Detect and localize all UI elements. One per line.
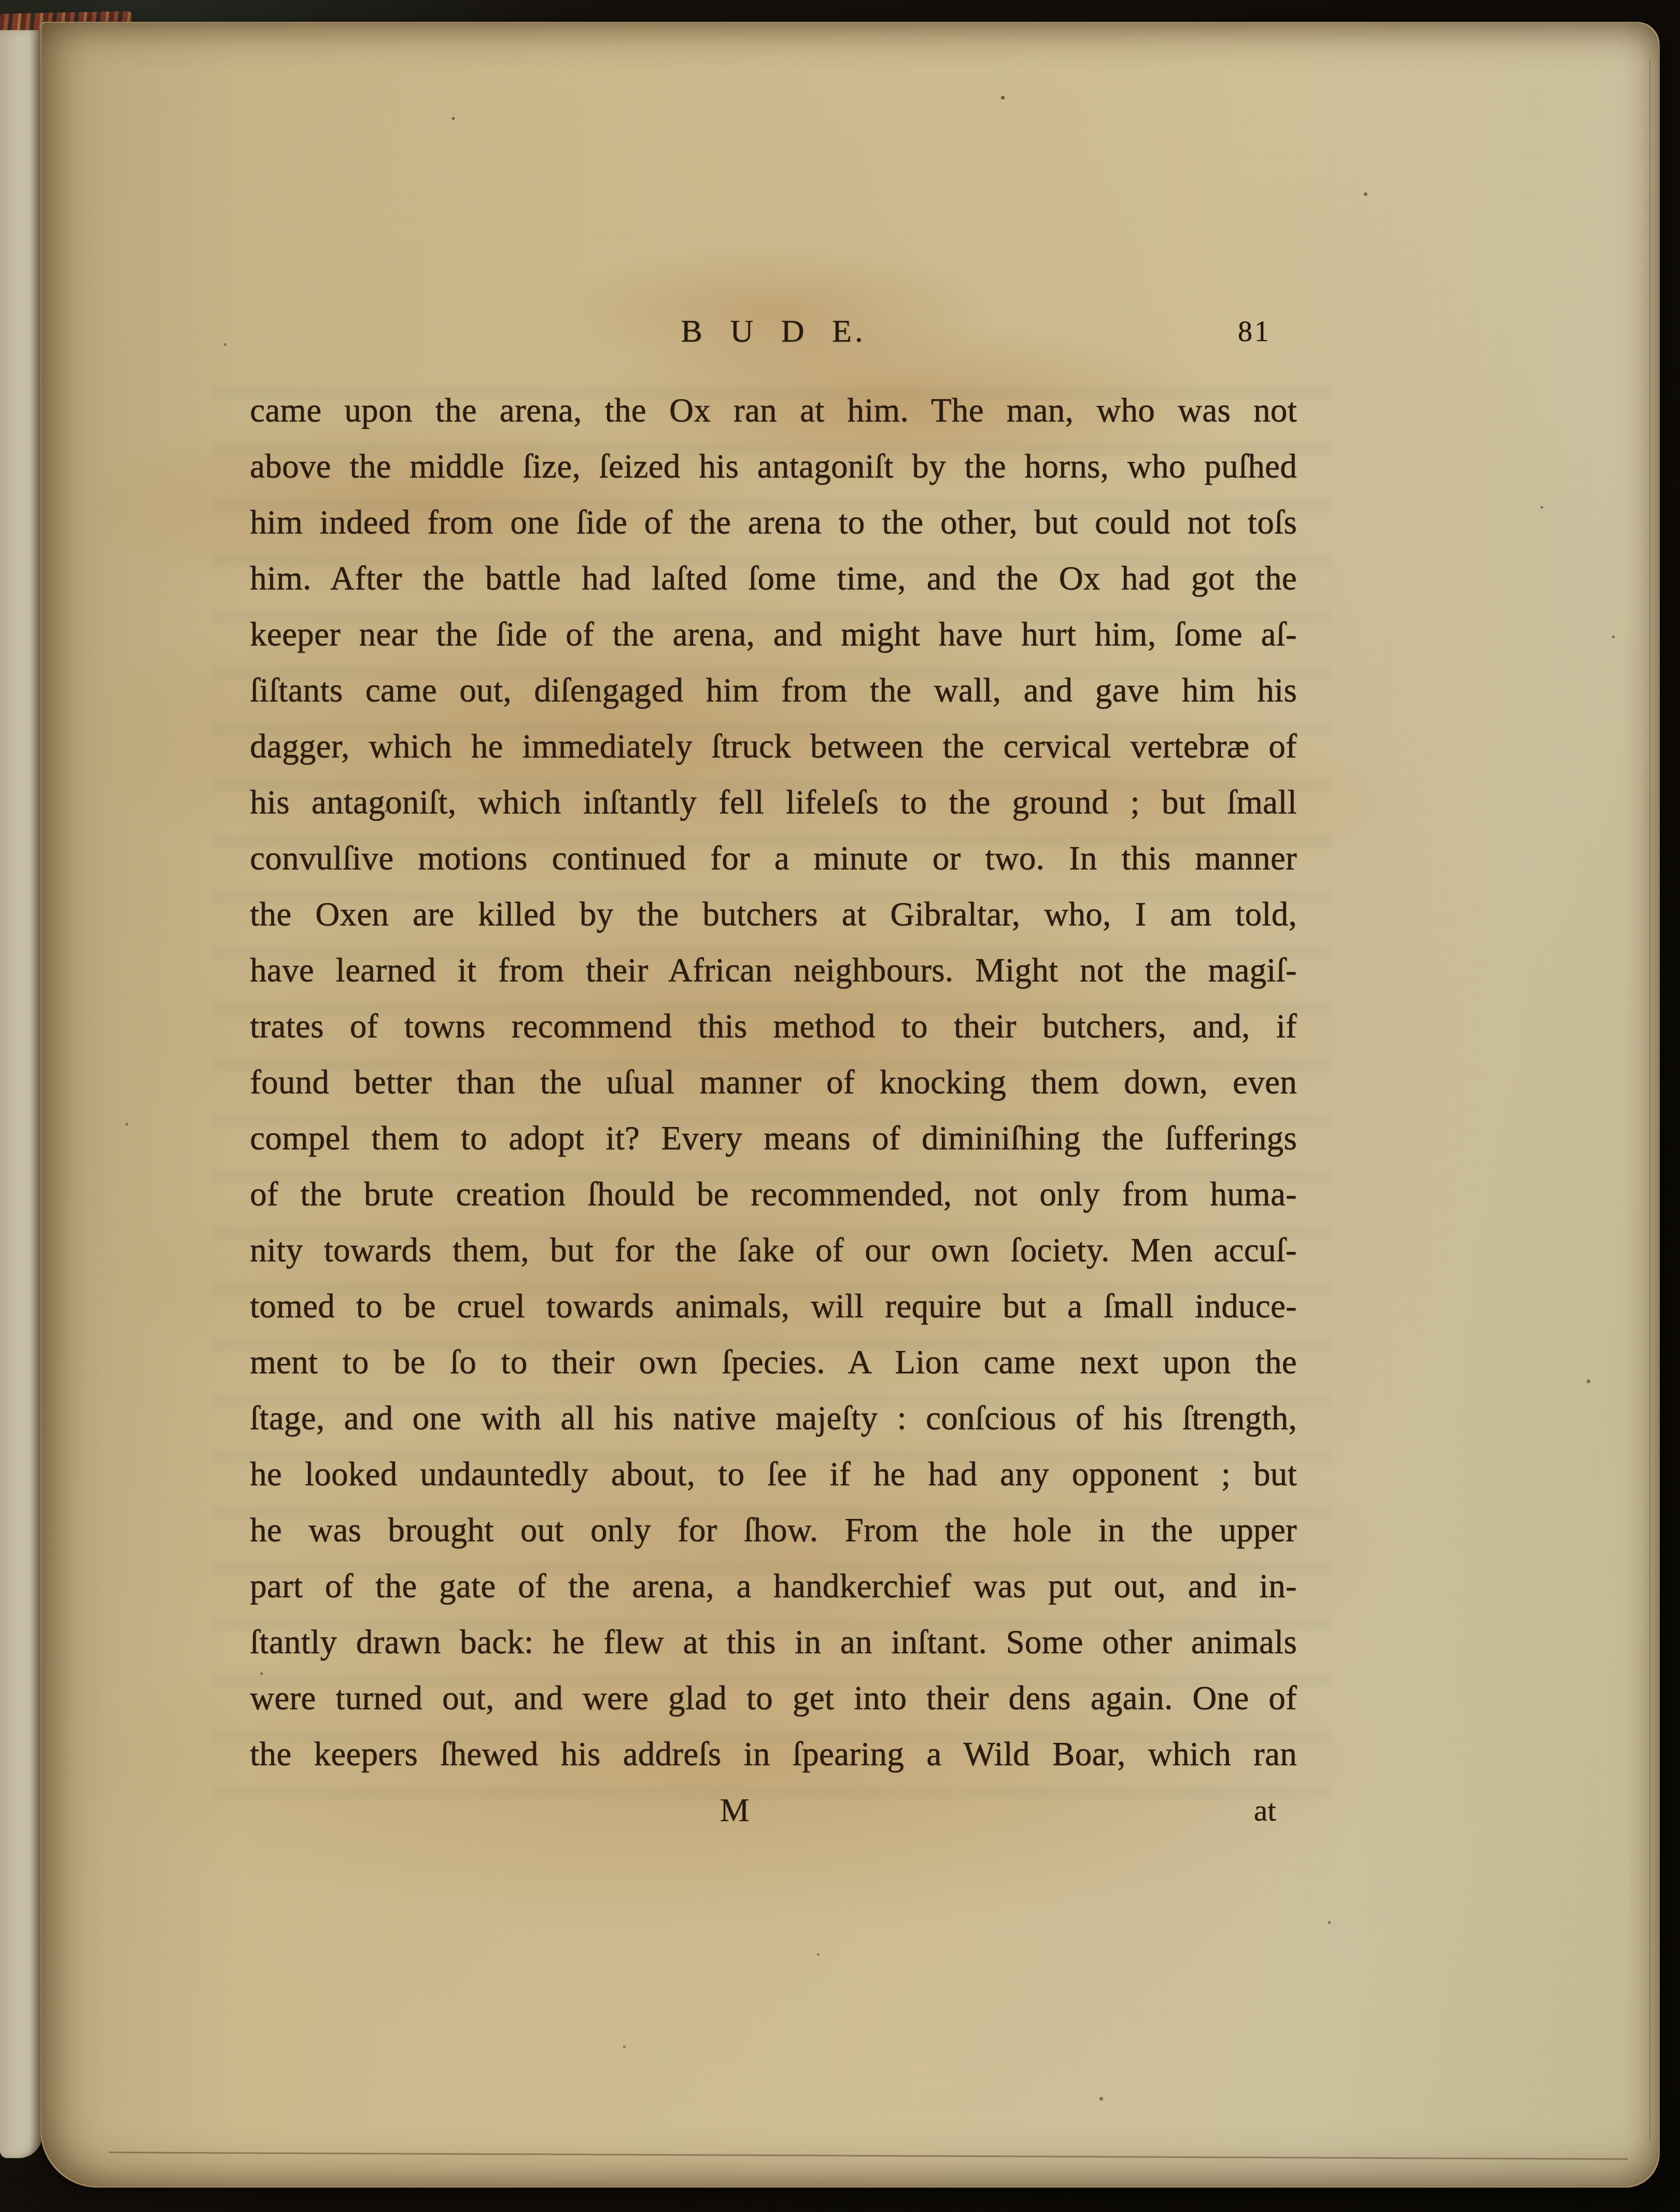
book-page: B U D E. 81 came upon the arena, the Ox … <box>40 22 1660 2188</box>
adjacent-page-edge <box>0 30 43 2158</box>
scan-background: B U D E. 81 came upon the arena, the Ox … <box>0 0 1680 2212</box>
page-edge-shading <box>41 23 1659 2187</box>
